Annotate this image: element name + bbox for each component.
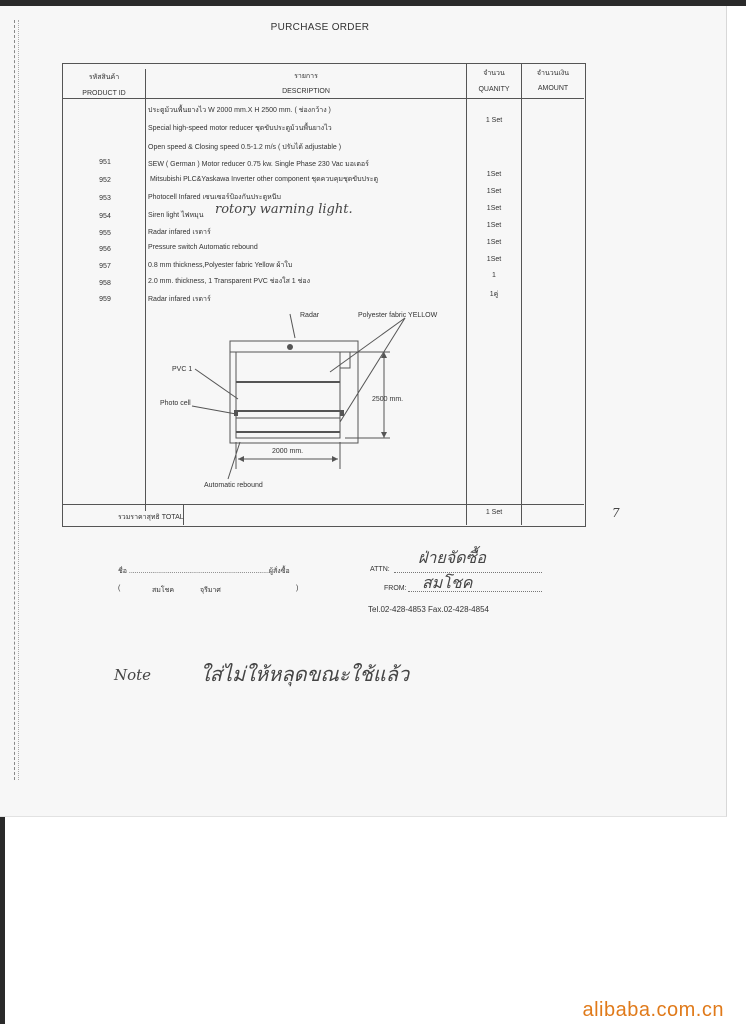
row-desc: Pressure switch Automatic rebound bbox=[148, 244, 258, 251]
handwritten-annotation: rotory warning light. bbox=[215, 202, 353, 217]
attn-handwritten: ฝ่ายจัดซื้อ bbox=[418, 546, 486, 571]
diagram-label-photocell: Photo cell bbox=[160, 400, 191, 407]
header-product-id: PRODUCT ID bbox=[64, 90, 144, 97]
header-amount-thai: จำนวนเงิน bbox=[522, 68, 584, 79]
header-quantity: QUANITY bbox=[467, 86, 521, 93]
row-id: 957 bbox=[75, 263, 135, 270]
signature-close-paren: ) bbox=[296, 585, 298, 592]
diagram-label-rebound: Automatic rebound bbox=[204, 482, 263, 489]
door-diagram-drawing bbox=[150, 304, 460, 499]
row-desc: 0.8 mm thickness,Polyester fabric Yellow… bbox=[148, 260, 292, 271]
row-desc: Mitsubishi PLC&Yaskawa Inverter other co… bbox=[150, 174, 378, 185]
row-id: 951 bbox=[75, 159, 135, 166]
row-id: 956 bbox=[75, 246, 135, 253]
row-id: 959 bbox=[75, 296, 135, 303]
note-label: Note bbox=[114, 666, 151, 684]
scanner-left-edge bbox=[0, 816, 5, 1024]
row-qty: 1Set bbox=[466, 188, 522, 195]
signature-name2: จุรีมาศ bbox=[200, 585, 221, 596]
contact-info: Tel.02-428-4853 Fax.02-428-4854 bbox=[368, 605, 489, 614]
row-id: 958 bbox=[75, 280, 135, 287]
total-label: รวมราคาสุทธิ TOTAL bbox=[118, 512, 184, 523]
page-mark: 7 bbox=[612, 506, 620, 520]
row-qty: 1 bbox=[466, 272, 522, 279]
diagram-label-pvc: PVC 1 bbox=[172, 366, 192, 373]
row-qty: 1คู่ bbox=[466, 289, 522, 300]
signature-name1: สมโชค bbox=[152, 585, 174, 596]
header-description: DESCRIPTION bbox=[146, 88, 466, 95]
total-quantity: 1 Set bbox=[466, 509, 522, 516]
header-description-thai: รายการ bbox=[146, 71, 466, 82]
signature-open-paren: ( bbox=[118, 585, 120, 592]
row-desc: Siren light ไฟหมุน bbox=[148, 210, 204, 221]
row-qty: 1Set bbox=[466, 205, 522, 212]
row-id: 955 bbox=[75, 230, 135, 237]
door-diagram: Radar Polyester fabric YELLOW PVC 1 Phot… bbox=[150, 304, 460, 499]
row-qty: 1Set bbox=[466, 239, 522, 246]
header-product-id-thai: รหัสสินค้า bbox=[64, 72, 144, 83]
watermark: alibaba.com.cn bbox=[582, 999, 724, 1022]
from-label: FROM: bbox=[384, 585, 407, 592]
diagram-label-radar: Radar bbox=[300, 312, 319, 319]
row-id: 952 bbox=[75, 177, 135, 184]
header-quantity-thai: จำนวน bbox=[467, 68, 521, 79]
header-amount: AMOUNT bbox=[522, 85, 584, 92]
attn-label: ATTN: bbox=[370, 566, 390, 573]
note-handwritten: ใส่ไม่ให้หลุดขณะใช้แล้ว bbox=[200, 658, 409, 690]
row-id: 953 bbox=[75, 195, 135, 202]
perforation-line bbox=[14, 20, 17, 780]
row-qty: 1Set bbox=[466, 222, 522, 229]
row-qty: 1 Set bbox=[466, 117, 522, 124]
row-desc: Open speed & Closing speed 0.5-1.2 m/s (… bbox=[148, 142, 341, 153]
diagram-label-width: 2000 mm. bbox=[272, 448, 303, 455]
row-qty: 1Set bbox=[466, 256, 522, 263]
diagram-label-height: 2500 mm. bbox=[372, 396, 403, 403]
row-qty: 1Set bbox=[466, 171, 522, 178]
row-desc: Special high-speed motor reducer ชุดขับป… bbox=[148, 123, 332, 134]
signature-name-line: ชื่อ ...................................… bbox=[118, 566, 290, 577]
diagram-label-fabric: Polyester fabric YELLOW bbox=[358, 312, 437, 319]
perforation-line bbox=[18, 20, 21, 780]
row-desc: 2.0 mm. thickness, 1 Transparent PVC ช่อ… bbox=[148, 276, 310, 287]
scanned-page: PURCHASE ORDER รหัสสินค้า PRODUCT ID ราย… bbox=[0, 6, 727, 817]
row-id: 954 bbox=[75, 213, 135, 220]
document-title: PURCHASE ORDER bbox=[0, 22, 640, 33]
from-handwritten: สมโชค bbox=[422, 571, 472, 596]
row-desc: SEW ( German ) Motor reducer 0.75 kw. Si… bbox=[148, 159, 369, 170]
row-desc: ประตูม้วนพื้นยางไว W 2000 mm.X H 2500 mm… bbox=[148, 105, 331, 116]
row-desc: Radar infared เรดาร์ bbox=[148, 227, 211, 238]
